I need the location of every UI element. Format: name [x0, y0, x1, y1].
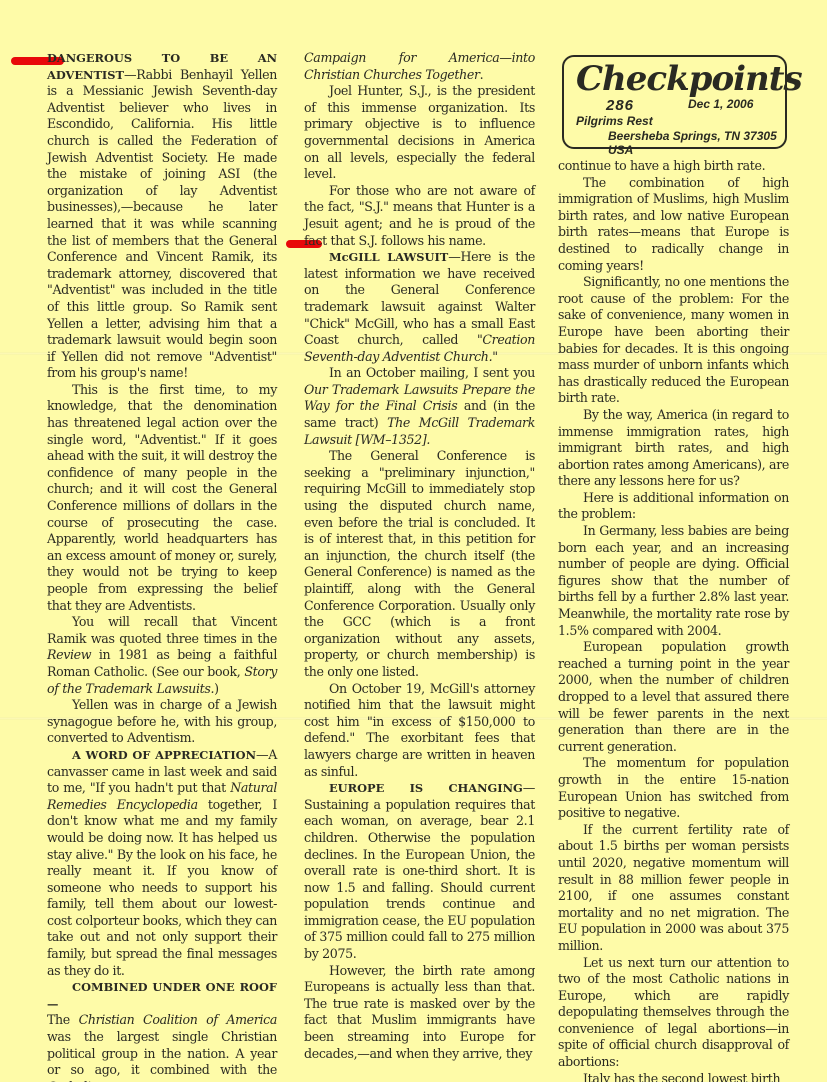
paragraph: Yellen was in charge of a Jewish synagog… [47, 697, 277, 747]
article-heading: A WORD OF APPRECIATION [72, 748, 256, 762]
masthead-box: Checkpoints 286 Dec 1, 2006 Pilgrims Res… [562, 55, 787, 149]
article-dangerous-adventist: DANGEROUS TO BE AN ADVENTIST—Rabbi Benha… [47, 50, 277, 382]
publisher-name: Pilgrims Rest [576, 114, 653, 128]
paragraph: For those who are not aware of the fact,… [304, 183, 535, 249]
paragraph: continue to have a high birth rate. [558, 158, 789, 175]
paragraph: In Germany, less babies are being born e… [558, 523, 789, 639]
article-heading: McGILL LAWSUIT [329, 250, 448, 264]
issue-number: 286 [606, 97, 634, 114]
paragraph: The combination of high immigration of M… [558, 175, 789, 275]
issue-date: Dec 1, 2006 [688, 97, 753, 111]
paragraph: You will recall that Vincent Ramik was q… [47, 614, 277, 697]
paragraph: Here is additional information on the pr… [558, 490, 789, 523]
paragraph: In an October mailing, I sent you Our Tr… [304, 365, 535, 448]
paragraph: European population growth reached a tur… [558, 639, 789, 755]
paragraph: The General Conference is seeking a "pre… [304, 448, 535, 680]
paragraph: The momentum for population growth in th… [558, 755, 789, 821]
article-mcgill-lawsuit: McGILL LAWSUIT—Here is the latest inform… [304, 249, 535, 365]
article-combined-under-one-roof: COMBINED UNDER ONE ROOF—The Christian Co… [47, 979, 277, 1088]
paragraph: Campaign for America—into Christian Chur… [304, 50, 535, 83]
article-heading: EUROPE IS CHANGING [329, 781, 523, 795]
column-2: Campaign for America—into Christian Chur… [304, 50, 535, 1062]
paragraph: However, the birth rate among Europeans … [304, 963, 535, 1063]
paragraph: If the current fertility rate of about 1… [558, 822, 789, 955]
column-1: DANGEROUS TO BE AN ADVENTIST—Rabbi Benha… [47, 50, 277, 1088]
newsletter-title: Checkpoints [576, 59, 802, 99]
article-word-of-appreciation: A WORD OF APPRECIATION—A canvasser came … [47, 747, 277, 979]
paragraph: Let us next turn our attention to two of… [558, 955, 789, 1071]
paragraph: This is the first time, to my knowledge,… [47, 382, 277, 614]
column-3: continue to have a high birth rate. The … [558, 158, 789, 1087]
publisher-address: Beersheba Springs, TN 37305 USA [608, 129, 785, 157]
paragraph: Joel Hunter, S.J., is the president of t… [304, 83, 535, 183]
paragraph: Significantly, no one mentions the root … [558, 274, 789, 407]
paragraph: On October 19, McGill's attorney notifie… [304, 681, 535, 781]
page-edge [0, 1082, 827, 1088]
article-heading: COMBINED UNDER ONE ROOF— [47, 980, 277, 1011]
article-europe-is-changing: EUROPE IS CHANGING—Sustaining a populati… [304, 780, 535, 963]
paragraph: By the way, America (in regard to immens… [558, 407, 789, 490]
